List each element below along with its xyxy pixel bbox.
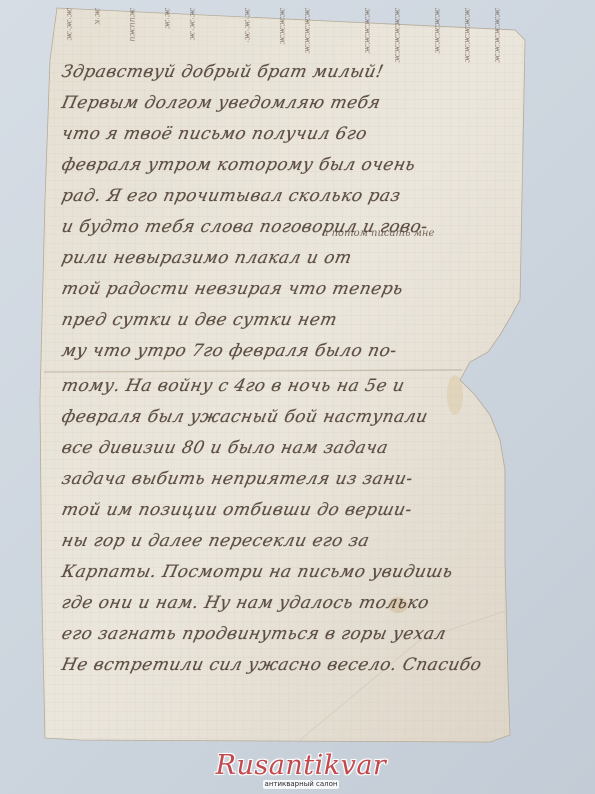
letter-line: пред сутки и две сутки нет	[60, 310, 339, 330]
margin-note: жжжж	[277, 8, 287, 44]
margin-note: ж·ж·ж	[64, 8, 74, 40]
margin-note: жиижи	[127, 8, 137, 42]
watermark-logo: Rusantikvar	[216, 752, 387, 780]
letter-line: Карпаты. Посмотри на письмо увидишь	[60, 562, 455, 582]
watermark: Rusantikvar антикварный салон	[205, 752, 397, 792]
letter-line: рад. Я его прочитывал сколько раз	[60, 186, 403, 206]
letter-line: рили невыразимо плакал и от	[60, 248, 354, 268]
letter-line: Не встретили сил ужасно весело. Спасибо	[60, 655, 484, 675]
letter-line: его загнать продвинуться в горы уехал	[60, 624, 448, 644]
margin-note: жжжжжж	[462, 8, 472, 63]
margin-note: жжжжж	[432, 8, 442, 53]
letter-line: февраля был ужасный бой наступали	[60, 407, 430, 427]
letter-line: Здравствуй добрый брат милый!	[60, 62, 386, 82]
letter-line: му что утро 7го февраля было по-	[60, 341, 399, 361]
letter-line: все дивизии 80 и было нам задача	[60, 438, 390, 458]
letter-line: где они и нам. Ну нам удалось только	[60, 593, 431, 613]
margin-note: жжжжжж	[492, 8, 502, 63]
letter-line: тому. На войну с 4го в ночь на 5е и	[60, 376, 407, 396]
letter-line: что я твоё письмо получил 6го	[60, 124, 369, 144]
interlinear-insert: и потом писать мне	[322, 228, 434, 239]
margin-note: ж·ж·ж·	[242, 8, 252, 43]
letter-line: задача выбить неприятеля из зани-	[60, 469, 415, 489]
letter-line: Первым долгом уведомляю тебя	[60, 93, 383, 113]
margin-note: ж·ж·ж	[187, 8, 197, 40]
margin-note: жжжжж	[302, 8, 312, 53]
letter-line: февраля утром которому был очень	[60, 155, 418, 175]
letter-line: той радости невзирая что теперь	[60, 279, 405, 299]
letter-sheet: ж·ж·ж ж·к жиижи ж·ж ж·ж·ж ж·ж·ж· жжжж жж…	[0, 0, 595, 794]
margin-note: ж·к	[92, 8, 102, 24]
watermark-subtitle: антикварный салон	[263, 780, 339, 789]
margin-note: жжжжжж	[392, 8, 402, 63]
margin-notes: ж·ж·ж ж·к жиижи ж·ж ж·ж·ж ж·ж·ж· жжжж жж…	[62, 8, 522, 58]
letter-line: ны гор и далее пересекли его за	[60, 531, 371, 551]
margin-note: жжжжж	[362, 8, 372, 53]
margin-note: ж·ж	[162, 8, 172, 29]
letter-line: той им позиции отбивши до верши-	[60, 500, 414, 520]
